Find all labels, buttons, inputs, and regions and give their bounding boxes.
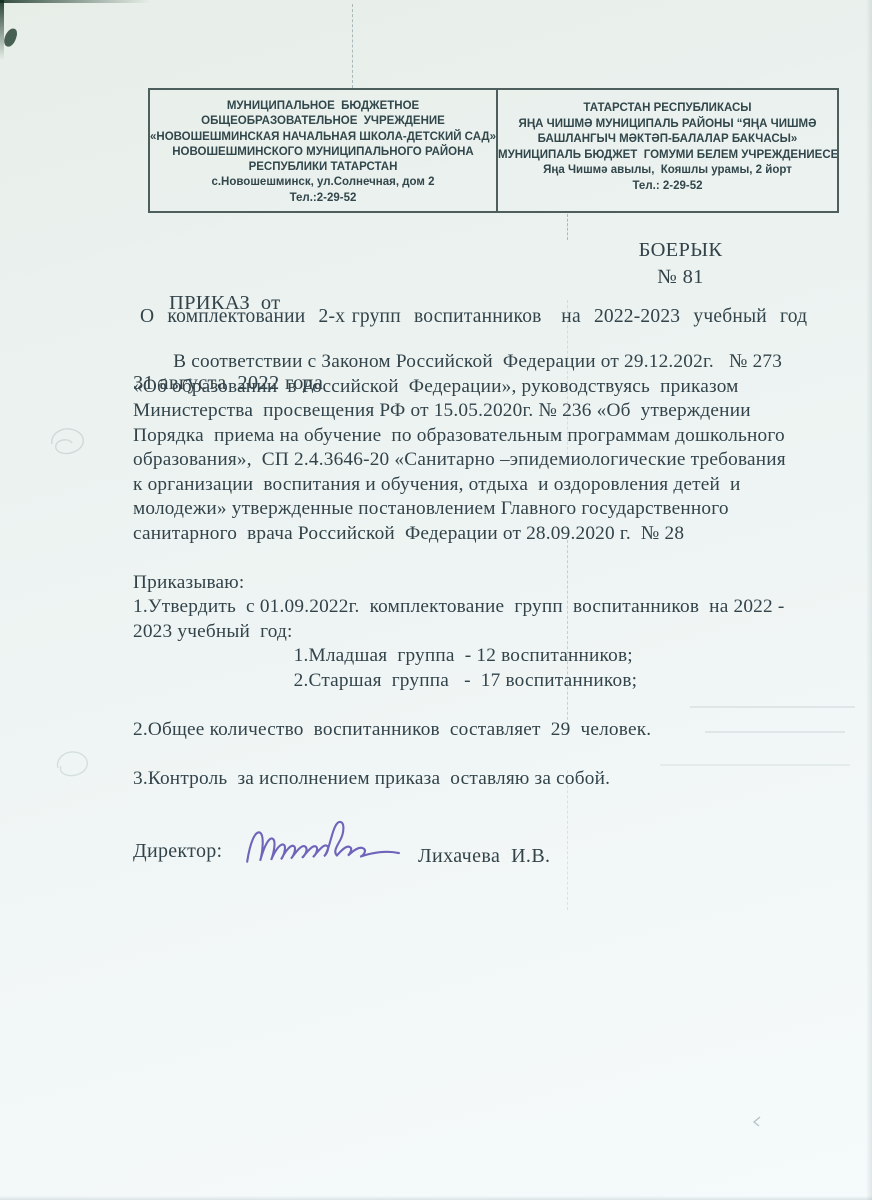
signature-row: Директор: Лихачева И.В. — [133, 840, 222, 863]
paper-smudge-mark — [42, 420, 94, 464]
signature-name: Лихачева И.В. — [418, 845, 550, 868]
letterhead-line: МУНИЦИПАЛЬ БЮДЖЕТ ГОМУМИ БЕЛЕМ УЧРЕЖДЕНИ… — [498, 148, 837, 164]
letterhead-line: ЯҢА ЧИШМӘ МУНИЦИПАЛЬ РАЙОНЫ “ЯҢА ЧИШМӘ — [498, 117, 837, 133]
body-line: «Об образовании в Российской Федерации»,… — [133, 375, 868, 400]
body-line: молодежи» утвержденные постановлением Гл… — [133, 497, 868, 522]
body-line: к организации воспитания и обучения, отд… — [133, 473, 868, 498]
scan-speck-mark — [750, 1115, 764, 1129]
letterhead-line: БАШЛАНГЫЧ МӘКТӘП-БАЛАЛАР БАКЧАСЫ» — [498, 132, 837, 148]
body-line: санитарного врача Российской Федерации о… — [133, 522, 868, 547]
fold-crease-line — [567, 214, 568, 240]
body-line: Министерства просвещения РФ от 15.05.202… — [133, 399, 868, 424]
body-line — [133, 546, 868, 571]
letterhead-line: ТАТАРСТАН РЕСПУБЛИКАСЫ — [498, 101, 837, 117]
letterhead-line: Тел.: 2-29-52 — [498, 179, 837, 195]
scan-edge-left — [0, 0, 4, 60]
letterhead-line: с.Новошешминск, ул.Солнечная, дом 2 — [150, 175, 496, 190]
body-line: Приказываю: — [133, 571, 868, 596]
body-line: 3.Контроль за исполнением приказа оставл… — [133, 767, 868, 792]
body-line: 2023 учебный год: — [133, 620, 868, 645]
body-line: Порядка приема на обучение по образовате… — [133, 424, 868, 449]
order-body: В соответствии с Законом Российской Феде… — [133, 350, 868, 791]
letterhead-line: РЕСПУБЛИКИ ТАТАРСТАН — [150, 160, 496, 175]
letterhead-line: ОБЩЕОБРАЗОВАТЕЛЬНОЕ УЧРЕЖДЕНИЕ — [150, 114, 496, 129]
letterhead-line: «НОВОШЕШМИНСКАЯ НАЧАЛЬНАЯ ШКОЛА-ДЕТСКИЙ … — [150, 130, 496, 145]
letterhead-line: НОВОШЕШМИНСКОГО МУНИЦИПАЛЬНОГО РАЙОНА — [150, 145, 496, 160]
handwritten-signature — [238, 812, 418, 872]
body-line: 2.Общее количество воспитанников составл… — [133, 718, 868, 743]
fold-crease-line — [352, 4, 353, 88]
body-line — [133, 693, 868, 718]
order-title-block-tatar: БОЕРЫК № 81 — [608, 237, 753, 290]
body-line — [133, 742, 868, 767]
body-line: образования», СП 2.4.3646-20 «Санитарно … — [133, 448, 868, 473]
body-line: В соответствии с Законом Российской Феде… — [133, 350, 868, 375]
fold-crease-line — [567, 770, 568, 910]
letterhead-line: МУНИЦИПАЛЬНОЕ БЮДЖЕТНОЕ — [150, 99, 496, 114]
body-line: 1.Младшая группа - 12 воспитанников; — [133, 644, 868, 669]
letterhead-line: Тел.:2-29-52 — [150, 191, 496, 206]
letterhead-line: Яңа Чишмә авылы, Кояшлы урамы, 2 йорт — [498, 163, 837, 179]
scan-edge-top — [0, 0, 150, 3]
signature-label: Директор: — [133, 840, 222, 862]
order-number: № 81 — [608, 264, 753, 291]
letterhead: МУНИЦИПАЛЬНОЕ БЮДЖЕТНОЕОБЩЕОБРАЗОВАТЕЛЬН… — [148, 88, 839, 213]
scan-edge-bottom — [0, 1196, 872, 1200]
letterhead-russian: МУНИЦИПАЛЬНОЕ БЮДЖЕТНОЕОБЩЕОБРАЗОВАТЕЛЬН… — [150, 90, 498, 211]
paper-smudge-mark — [46, 742, 98, 788]
scan-corner-blot — [2, 27, 18, 48]
scanned-document-page: МУНИЦИПАЛЬНОЕ БЮДЖЕТНОЕОБЩЕОБРАЗОВАТЕЛЬН… — [0, 0, 872, 1200]
order-title-tatar: БОЕРЫК — [608, 237, 753, 264]
letterhead-tatar: ТАТАРСТАН РЕСПУБЛИКАСЫЯҢА ЧИШМӘ МУНИЦИПА… — [498, 90, 837, 211]
order-subject: О комплектовании 2-х групп воспитанников… — [140, 306, 860, 328]
body-line: 2.Старшая группа - 17 воспитанников; — [133, 669, 868, 694]
body-line: 1.Утвердить с 01.09.2022г. комплектовани… — [133, 595, 868, 620]
